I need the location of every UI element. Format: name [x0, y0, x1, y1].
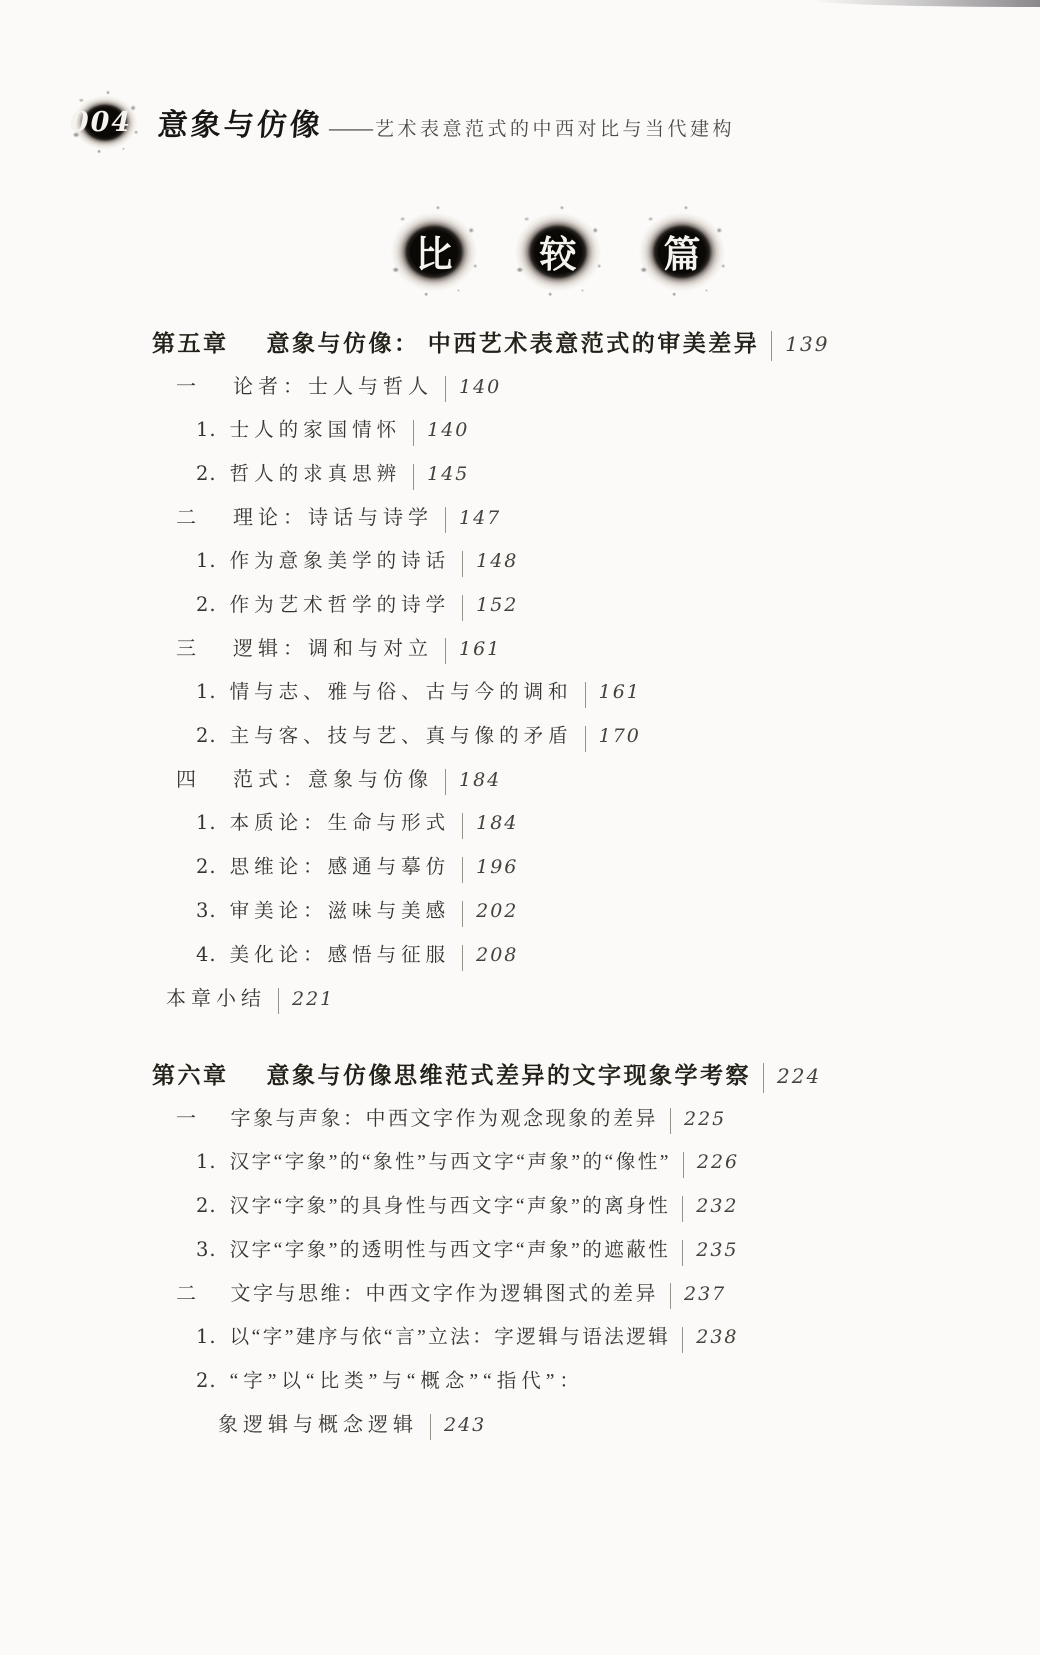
toc-item-number: 4. [196, 940, 217, 970]
toc-row: 2. 思维论：感通与摹仿 196 [152, 852, 1000, 883]
folio-number: 004 [70, 107, 132, 138]
toc-item-title: 字象与声象：中西文字作为观念现象的差异 [231, 1104, 659, 1134]
toc-item-title: 哲人的求真思辨 [230, 460, 402, 490]
toc-item-title: 思维论：感通与摹仿 [230, 853, 451, 883]
toc-row: 2. “字”以“比类”与“概念”“指代”： [152, 1366, 1000, 1397]
running-head-title: 意象与仿像 —— 艺术表意范式的中西对比与当代建构 [158, 100, 735, 144]
toc-row: 四 范式：意象与仿像 184 [152, 765, 1000, 795]
page-divider [682, 1327, 683, 1353]
page-divider [670, 1108, 671, 1134]
toc-item-page: 147 [459, 503, 501, 533]
toc-item-page: 208 [476, 940, 518, 970]
page-divider [462, 857, 463, 883]
toc-item-number: 3. [196, 896, 217, 926]
page-divider [430, 1414, 431, 1440]
toc-item-number: 3. [196, 1235, 217, 1265]
toc-item-page: 161 [599, 677, 641, 707]
toc-item-number: 2. [196, 852, 217, 882]
page-divider [462, 945, 463, 971]
toc-item-title: 汉字“字象”的“象性”与西文字“声象”的“像性” [230, 1148, 671, 1178]
toc-row: 象逻辑与概念逻辑 243 [152, 1410, 1000, 1440]
toc-item-title: 文字与思维：中西文字作为逻辑图式的差异 [231, 1279, 659, 1309]
toc-item-title: 象逻辑与概念逻辑 [218, 1410, 418, 1440]
banner-char-1: 比 [416, 224, 453, 278]
page-divider [763, 1063, 764, 1093]
page-divider [585, 726, 586, 752]
toc-item-page: 232 [696, 1191, 738, 1221]
toc-item-page: 235 [696, 1235, 738, 1265]
page-divider [278, 988, 279, 1014]
toc-row: 一 字象与声象：中西文字作为观念现象的差异 225 [152, 1104, 1000, 1134]
toc-row: 第五章 意象与仿像： 中西艺术表意范式的审美差异 139 [152, 326, 1000, 362]
toc-item-page: 221 [292, 984, 334, 1014]
toc-item-number: 1. [196, 546, 217, 576]
toc-item-page: 170 [599, 721, 641, 751]
toc-item-page: 196 [476, 852, 518, 882]
banner-char-3: 篇 [664, 224, 701, 278]
toc-item-page: 140 [459, 372, 501, 402]
page-divider [462, 595, 463, 621]
toc-item-title: 美化论：感悟与征服 [230, 941, 451, 971]
page-divider [585, 682, 586, 708]
toc-row: 二 文字与思维：中西文字作为逻辑图式的差异 237 [152, 1279, 1000, 1309]
toc-item-title: 主与客、技与艺、真与像的矛盾 [230, 722, 573, 752]
toc-item-title: 作为意象美学的诗话 [230, 547, 451, 577]
toc-item-title: 本章小结 [166, 984, 266, 1014]
page-divider [445, 769, 446, 795]
page-divider [413, 420, 414, 446]
page-divider [445, 638, 446, 664]
toc-row: 三 逻辑：调和与对立 161 [152, 634, 1000, 664]
banner-char-2: 较 [540, 224, 577, 278]
toc-item-title: 士人的家国情怀 [230, 416, 402, 446]
toc-item-number: 三 [176, 634, 201, 664]
banner-ink-blob-3: 篇 [633, 204, 731, 298]
toc-row: 1. 情与志、雅与俗、古与今的调和 161 [152, 677, 1000, 708]
toc-item-title: 范式：意象与仿像 [233, 765, 433, 795]
toc-row: 本章小结 221 [152, 984, 1000, 1014]
toc-item-number: 2. [196, 721, 217, 751]
page-divider [413, 464, 414, 490]
page-divider [683, 1152, 684, 1178]
toc-item-title: 逻辑：调和与对立 [233, 634, 433, 664]
book-toc-page: 004 意象与仿像 —— 艺术表意范式的中西对比与当代建构 比 较 篇 第五章 … [0, 0, 1040, 1655]
toc-item-number: 一 [176, 372, 201, 402]
toc-row: 3. 汉字“字象”的透明性与西文字“声象”的遮蔽性 235 [152, 1235, 1000, 1266]
toc-item-title: 论者：士人与哲人 [233, 372, 433, 402]
banner-ink-blob-1: 比 [385, 204, 483, 298]
toc-item-number: 一 [176, 1104, 199, 1134]
book-subtitle: 艺术表意范式的中西对比与当代建构 [375, 114, 735, 141]
toc-row: 4. 美化论：感悟与征服 208 [152, 940, 1000, 971]
toc-item-title: 情与志、雅与俗、古与今的调和 [230, 678, 573, 708]
toc-row: 2. 哲人的求真思辨 145 [152, 459, 1000, 490]
toc-item-title: 汉字“字象”的具身性与西文字“声象”的离身性 [230, 1192, 671, 1222]
toc-item-page: 152 [476, 590, 518, 620]
toc-item-page: 226 [697, 1147, 739, 1177]
toc-item-page: 238 [696, 1322, 738, 1352]
toc-row: 2. 主与客、技与艺、真与像的矛盾 170 [152, 721, 1000, 752]
page-divider [682, 1196, 683, 1222]
toc-item-number: 2. [196, 459, 217, 489]
toc-item-page: 202 [476, 896, 518, 926]
toc-row: 2. 汉字“字象”的具身性与西文字“声象”的离身性 232 [152, 1191, 1000, 1222]
toc-item-number: 二 [176, 503, 201, 533]
page-divider [445, 376, 446, 402]
page-divider [445, 507, 446, 533]
toc-row: 第六章 意象与仿像思维范式差异的文字现象学考察 224 [152, 1058, 1000, 1094]
book-title: 意象与仿像 [156, 100, 324, 144]
toc-item-number: 1. [196, 677, 217, 707]
toc-item-number: 1. [196, 1147, 217, 1177]
toc-item-title: 汉字“字象”的透明性与西文字“声象”的遮蔽性 [230, 1236, 671, 1266]
page-divider [462, 813, 463, 839]
page-divider [670, 1283, 671, 1309]
toc-row: 2. 作为艺术哲学的诗学 152 [152, 590, 1000, 621]
toc-item-title: 以“字”建序与依“言”立法：字逻辑与语法逻辑 [230, 1323, 671, 1353]
toc: 第五章 意象与仿像： 中西艺术表意范式的审美差异 139 一 论者：士人与哲人 … [152, 326, 1000, 1453]
toc-item-page: 237 [684, 1279, 726, 1309]
toc-item-title: 审美论：滋味与美感 [230, 897, 451, 927]
toc-item-number: 1. [196, 808, 217, 838]
page-divider [682, 1240, 683, 1266]
toc-item-page: 243 [444, 1410, 486, 1440]
toc-row: 二 理论：诗话与诗学 147 [152, 503, 1000, 533]
toc-item-page: 184 [459, 765, 501, 795]
toc-row: 一 论者：士人与哲人 140 [152, 372, 1000, 402]
part-banner: 比 较 篇 [38, 204, 1040, 298]
banner-ink-blob-2: 较 [509, 204, 607, 298]
scan-edge-artifact [810, 0, 1040, 7]
toc-item-number: 1. [196, 415, 217, 445]
toc-chapter-label: 第六章 [152, 1058, 229, 1094]
toc-row: 1. 本质论：生命与形式 184 [152, 808, 1000, 839]
folio-ink-blob: 004 [68, 90, 142, 154]
toc-item-page: 145 [427, 459, 469, 489]
toc-item-page: 184 [476, 808, 518, 838]
toc-item-page: 161 [459, 634, 501, 664]
toc-item-number: 四 [176, 765, 201, 795]
title-dash: —— [329, 115, 373, 141]
toc-item-title: “字”以“比类”与“概念”“指代”： [230, 1367, 584, 1397]
toc-item-page: 148 [476, 546, 518, 576]
toc-item-title: 作为艺术哲学的诗学 [230, 591, 451, 621]
page-divider [462, 901, 463, 927]
toc-row: 1. 作为意象美学的诗话 148 [152, 546, 1000, 577]
toc-row: 1. 士人的家国情怀 140 [152, 415, 1000, 446]
toc-item-number: 2. [196, 590, 217, 620]
running-header: 004 意象与仿像 —— 艺术表意范式的中西对比与当代建构 [68, 90, 735, 154]
page-divider [771, 331, 772, 361]
toc-row: 1. 以“字”建序与依“言”立法：字逻辑与语法逻辑 238 [152, 1322, 1000, 1353]
toc-item-title: 本质论：生命与形式 [230, 809, 451, 839]
toc-item-page: 224 [777, 1058, 821, 1094]
toc-item-number: 1. [196, 1322, 217, 1352]
toc-item-page: 225 [684, 1104, 726, 1134]
toc-item-title: 理论：诗话与诗学 [233, 503, 433, 533]
toc-item-number: 2. [196, 1191, 217, 1221]
toc-item-title: 意象与仿像思维范式差异的文字现象学考察 [267, 1058, 752, 1094]
toc-item-number: 2. [196, 1366, 217, 1396]
toc-item-title: 意象与仿像： 中西艺术表意范式的审美差异 [267, 326, 760, 362]
toc-row: 3. 审美论：滋味与美感 202 [152, 896, 1000, 927]
toc-row: 1. 汉字“字象”的“象性”与西文字“声象”的“像性” 226 [152, 1147, 1000, 1178]
page-divider [462, 551, 463, 577]
toc-chapter-label: 第五章 [152, 326, 229, 362]
toc-item-page: 139 [785, 326, 829, 362]
toc-item-number: 二 [176, 1279, 199, 1309]
toc-item-page: 140 [427, 415, 469, 445]
